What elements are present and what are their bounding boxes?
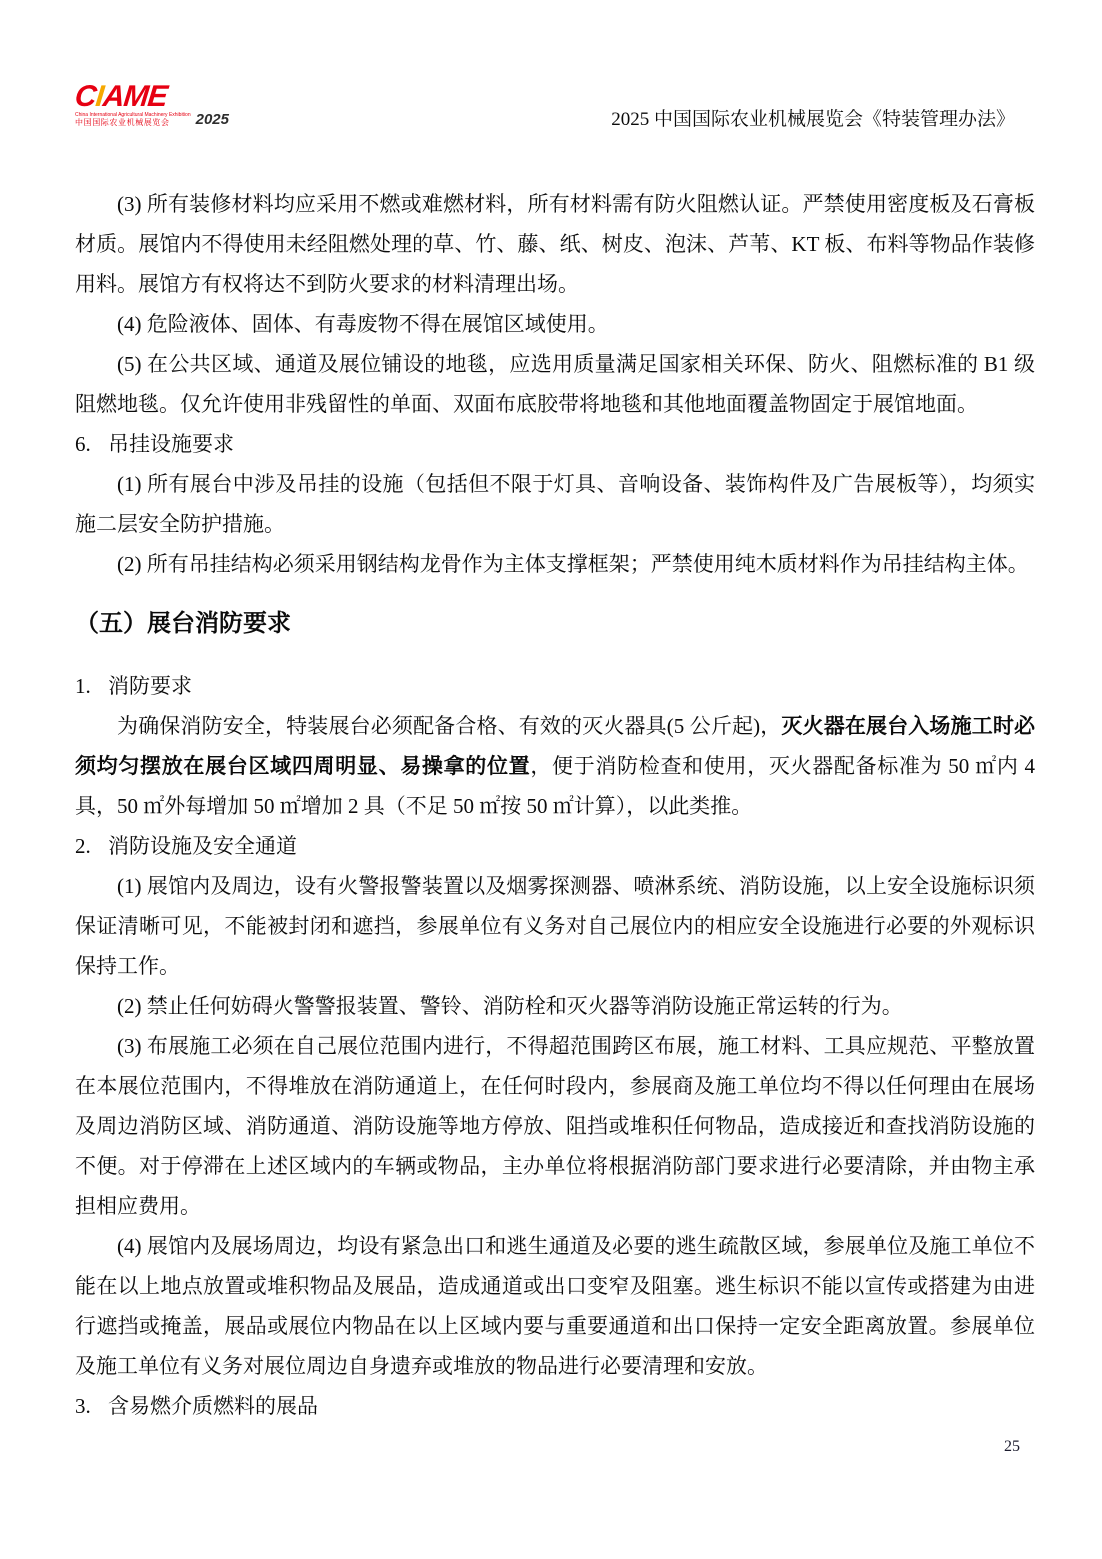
logo-letters-ame: AME [101,80,168,113]
list-number: 1. [75,666,108,706]
list-item-1-fire-requirement: 1.消防要求 [75,666,1035,706]
document-body: (3) 所有装修材料均应采用不燃或难燃材料，所有材料需有防火阻燃认证。严禁使用密… [75,184,1035,1426]
list-item-6-hanging-facilities: 6.吊挂设施要求 [75,424,1035,464]
paragraph-hanging-sub2: (2) 所有吊挂结构必须采用钢结构龙骨作为主体支撑框架；严禁使用纯木质材料作为吊… [75,544,1035,584]
list-label: 消防要求 [108,674,192,698]
paragraph-decoration-item5: (5) 在公共区域、通道及展位铺设的地毯，应选用质量满足国家相关环保、防火、阻燃… [75,344,1035,424]
list-label: 含易燃介质燃料的展品 [108,1394,318,1418]
list-number: 3. [75,1386,108,1426]
paragraph-fire-sub2: (2) 禁止任何妨碍火警警报装置、警铃、消防栓和灭火器等消防设施正常运转的行为。 [75,986,1035,1026]
logo-subtitle-chinese: 中国国际农业机械展览会 [75,118,191,127]
paragraph-decoration-item3: (3) 所有装修材料均应采用不燃或难燃材料，所有材料需有防火阻燃认证。严禁使用密… [75,184,1035,304]
list-label: 吊挂设施要求 [108,432,234,456]
paragraph-decoration-item4: (4) 危险液体、固体、有毒废物不得在展馆区域使用。 [75,304,1035,344]
logo-year: 2025 [196,113,229,127]
logo-subtitle-block: China International Agricultural Machine… [75,113,205,127]
ciame-logo-wordmark: CIAME [73,82,206,112]
ciame-logo: CIAME China International Agricultural M… [75,82,205,127]
document-header-title: 2025 中国国际农业机械展览会《特装管理办法》 [611,104,1035,131]
paragraph-fire-sub1: (1) 展馆内及周边，设有火警报警装置以及烟雾探测器、喷淋系统、消防设施，以上安… [75,866,1035,986]
page-header: CIAME China International Agricultural M… [75,82,1035,128]
list-item-2-fire-facilities: 2.消防设施及安全通道 [75,826,1035,866]
paragraph-fire-extinguisher: 为确保消防安全，特装展台必须配备合格、有效的灭火器具(5 公斤起)，灭火器在展台… [75,706,1035,826]
logo-subtitle-texts: China International Agricultural Machine… [75,113,191,127]
paragraph-hanging-sub1: (1) 所有展台中涉及吊挂的设施（包括但不限于灯具、音响设备、装饰构件及广告展板… [75,464,1035,544]
list-label: 消防设施及安全通道 [108,834,297,858]
page-number: 25 [1004,1438,1020,1456]
section-heading-fire-requirements: （五）展台消防要求 [75,608,1035,640]
document-page: CIAME China International Agricultural M… [0,0,1102,1559]
paragraph-fire-sub4: (4) 展馆内及展场周边，均设有紧急出口和逃生通道及必要的逃生疏散区域，参展单位… [75,1226,1035,1386]
list-number: 2. [75,826,108,866]
paragraph-fire-sub3: (3) 布展施工必须在自己展位范围内进行，不得超范围跨区布展，施工材料、工具应规… [75,1026,1035,1226]
list-number: 6. [75,424,108,464]
list-item-3-flammable-exhibits: 3.含易燃介质燃料的展品 [75,1386,1035,1426]
fire-paragraph-pre: 为确保消防安全，特装展台必须配备合格、有效的灭火器具(5 公斤起)， [117,714,781,738]
